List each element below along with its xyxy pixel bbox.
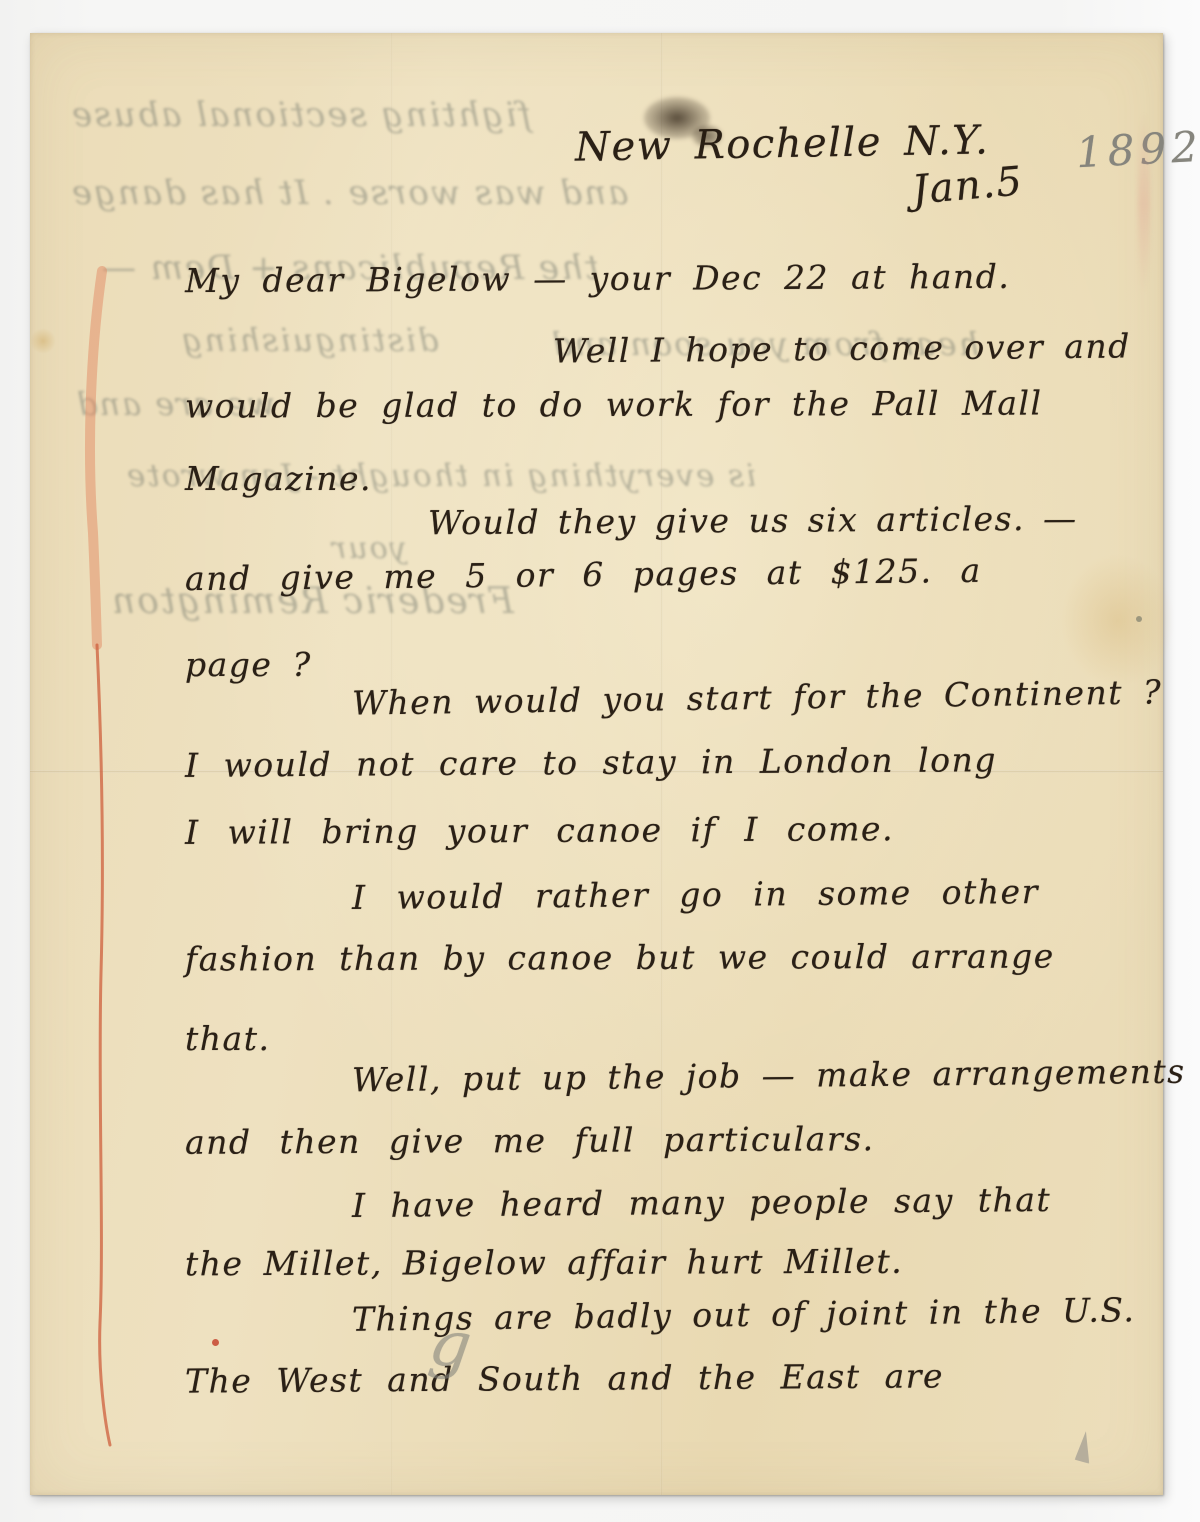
letter-line: When would you start for the Continent ? (352, 672, 1163, 722)
letter-line: and give me 5 or 6 pages at $125. a (185, 551, 982, 598)
letter-line: Would they give us six articles. — (428, 499, 1078, 543)
letter-line: The West and South and the East are (185, 1356, 944, 1400)
dateline-year-pencil: 1892 (1075, 122, 1200, 178)
letter-line: and then give me full particulars. (185, 1119, 875, 1162)
letter-line: I would rather go in some other (352, 872, 1039, 917)
letter-line: page ? (185, 645, 312, 684)
bleedthrough-text: and was worse . It has dange (70, 173, 628, 213)
letter-line: I will bring your canoe if I come. (185, 809, 894, 852)
letter-line: would be glad to do work for the Pall Ma… (185, 384, 1043, 426)
letter-line: the Millet, Bigelow affair hurt Millet. (185, 1242, 903, 1284)
scanned-letter-page: { "document": { "kind": "handwritten let… (0, 0, 1200, 1522)
red-ink-dot (212, 1339, 219, 1346)
ink-blot-small (692, 125, 722, 147)
letter-line: I would not care to stay in London long (185, 740, 997, 785)
letter-line: Magazine. (185, 459, 372, 498)
pink-streak (1138, 111, 1150, 296)
letter-line: Well I hope to come over and (553, 326, 1131, 370)
letter-line: Well, put up the job — make arrangements (352, 1052, 1186, 1100)
letter-line: My dear Bigelow — your Dec 22 at hand. (185, 257, 1011, 300)
bleedthrough-text: fighting sectional abuse (70, 95, 531, 135)
letter-line: fashion than by canoe but we could arran… (185, 936, 1055, 978)
letter-paper: fighting sectional abuse and was worse .… (30, 33, 1163, 1495)
dateline-date: Jan.5 (910, 158, 1025, 214)
grey-smudge-mark (1074, 1430, 1092, 1463)
bleedthrough-text: distinguishing (180, 321, 439, 359)
letter-line: that. (185, 1019, 270, 1058)
letter-line: I have heard many people say that (352, 1180, 1052, 1225)
water-stain (1060, 553, 1175, 688)
dark-speck (1136, 616, 1142, 622)
dateline-place: New Rochelle N.Y. (575, 117, 990, 170)
edge-stain (30, 328, 56, 354)
